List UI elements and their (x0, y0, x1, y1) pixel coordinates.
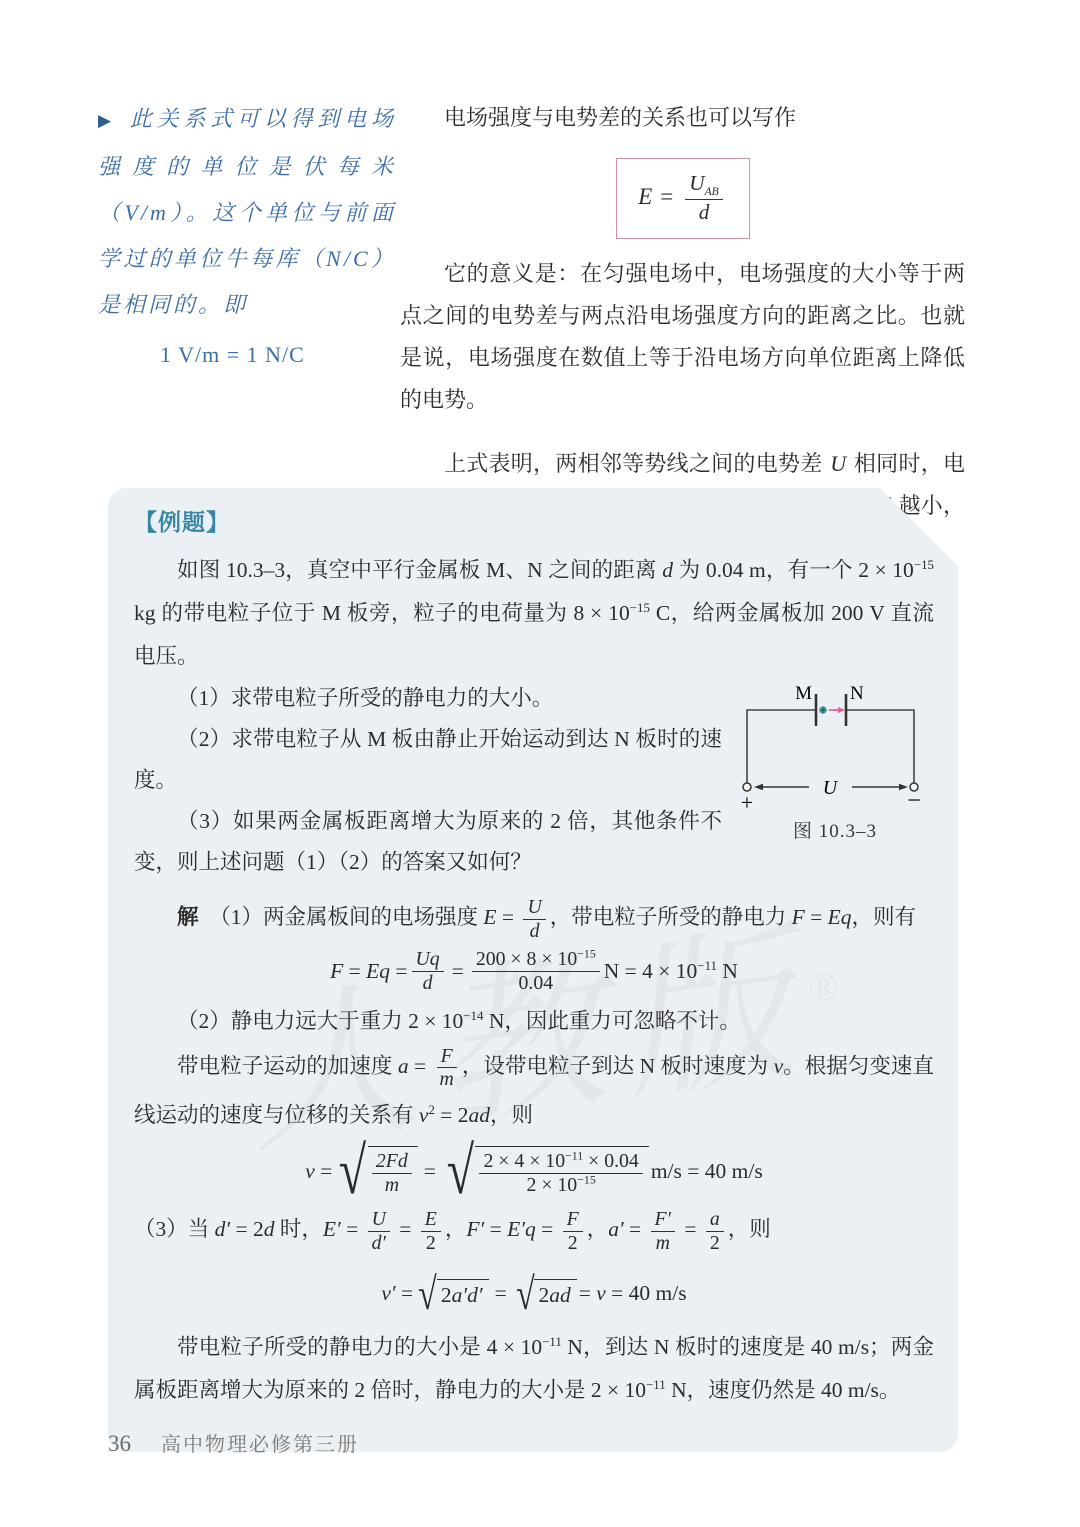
formula-box: E = UAB d (616, 158, 750, 239)
formula-vprime: v′ = 2a′d′ = 2ad = v = 40 m/s (134, 1276, 934, 1312)
textbook-page: ▶此关系式可以得到电场强度的单位是伏每米（V/m）。这个单位与前面学过的单位牛每… (0, 0, 1080, 1527)
fraction-a-2: a2 (706, 1208, 724, 1254)
solution-acceleration: 带电粒子运动的加速度 a = Fm，设带电粒子到达 N 板时速度为 v。根据匀变… (134, 1042, 934, 1139)
wire-left (747, 710, 816, 787)
figure-caption: 图 10.3–3 (736, 816, 934, 843)
solution-intro: 解 （1）两金属板间的电场强度 E = Ud，带电粒子所受的静电力 F = Eq… (134, 893, 934, 942)
plus-terminal-label: + (741, 790, 753, 814)
wire-right (846, 710, 914, 787)
voltage-label: U (823, 777, 839, 799)
fraction-f-2: F2 (563, 1208, 583, 1254)
margin-note: ▶此关系式可以得到电场强度的单位是伏每米（V/m）。这个单位与前面学过的单位牛每… (98, 96, 396, 378)
sqrt-numeric: 2 × 4 × 10−11 × 0.042 × 10−15 (442, 1145, 649, 1198)
para-meaning: 它的意义是：在匀强电场中，电场强度的大小等于两点之间的电势差与两点沿电场强度方向… (400, 253, 965, 421)
formula-force: F = Eq = Uqd = 200 × 8 × 10−150.04 N = 4… (134, 948, 934, 994)
circuit-diagram: M N U + − (739, 682, 931, 814)
formula-lhs: E (638, 184, 652, 210)
example-header: 【例题】 (134, 504, 934, 537)
footer-book-title: 高中物理必修第三册 (161, 1428, 359, 1457)
note-text: 此关系式可以得到电场强度的单位是伏每米（V/m）。这个单位与前面学过的单位牛每库… (98, 106, 396, 317)
sqrt-2apdp: 2a′d′ (415, 1276, 488, 1312)
fraction-fprime-m: F′m (651, 1208, 675, 1254)
fraction-f-m: Fm (436, 1045, 458, 1091)
note-equation: 1 V/m = 1 N/C (160, 332, 396, 378)
problem-statement: 如图 10.3–3，真空中平行金属板 M、N 之间的距离 d 为 0.04 m，… (134, 549, 934, 678)
formula-velocity: v = 2Fdm = 2 × 4 × 10−11 × 0.042 × 10−15… (134, 1145, 934, 1198)
fraction-e-2: E2 (421, 1208, 441, 1254)
formula-equals: = (660, 184, 673, 210)
minus-terminal-label: − (907, 788, 921, 814)
footer-page-number: 36 (108, 1431, 131, 1457)
solution-conclusion: 带电粒子所受的静电力的大小是 4 × 10−11 N，到达 N 板时的速度是 4… (134, 1326, 934, 1412)
solution-step3: （3）当 d′ = 2d 时，E′ = Ud′ = E2，F′ = E′q = … (134, 1206, 934, 1254)
motion-arrowhead-icon (838, 707, 845, 713)
fraction-numeric: 200 × 8 × 10−150.04 (472, 948, 600, 994)
solution-step2: （2）静电力远大于重力 2 × 10−14 N，因此重力可忽略不计。 (134, 1001, 934, 1042)
intro-sentence: 电场强度与电势差的关系也可以写作 (400, 98, 965, 138)
fraction-uq-d: Uqd (412, 948, 444, 994)
circuit-figure: M N U + − 图 10.3–3 (736, 682, 934, 843)
fraction-u-dprime: Ud′ (368, 1208, 390, 1254)
note-bullet-icon: ▶ (98, 111, 116, 130)
fraction-u-d: Ud (523, 896, 545, 942)
sqrt-2ad: 2ad (513, 1276, 577, 1312)
formula-fraction: UAB d (685, 171, 722, 224)
plate-m-label: M (795, 683, 812, 704)
sqrt-2fd-m: 2Fdm (334, 1145, 417, 1198)
page-footer: 36 高中物理必修第三册 (108, 1428, 359, 1457)
plate-n-label: N (850, 683, 864, 704)
example-box: 【例题】 如图 10.3–3，真空中平行金属板 M、N 之间的距离 d 为 0.… (108, 488, 958, 1452)
voltage-arrowhead-left-icon (754, 784, 763, 790)
